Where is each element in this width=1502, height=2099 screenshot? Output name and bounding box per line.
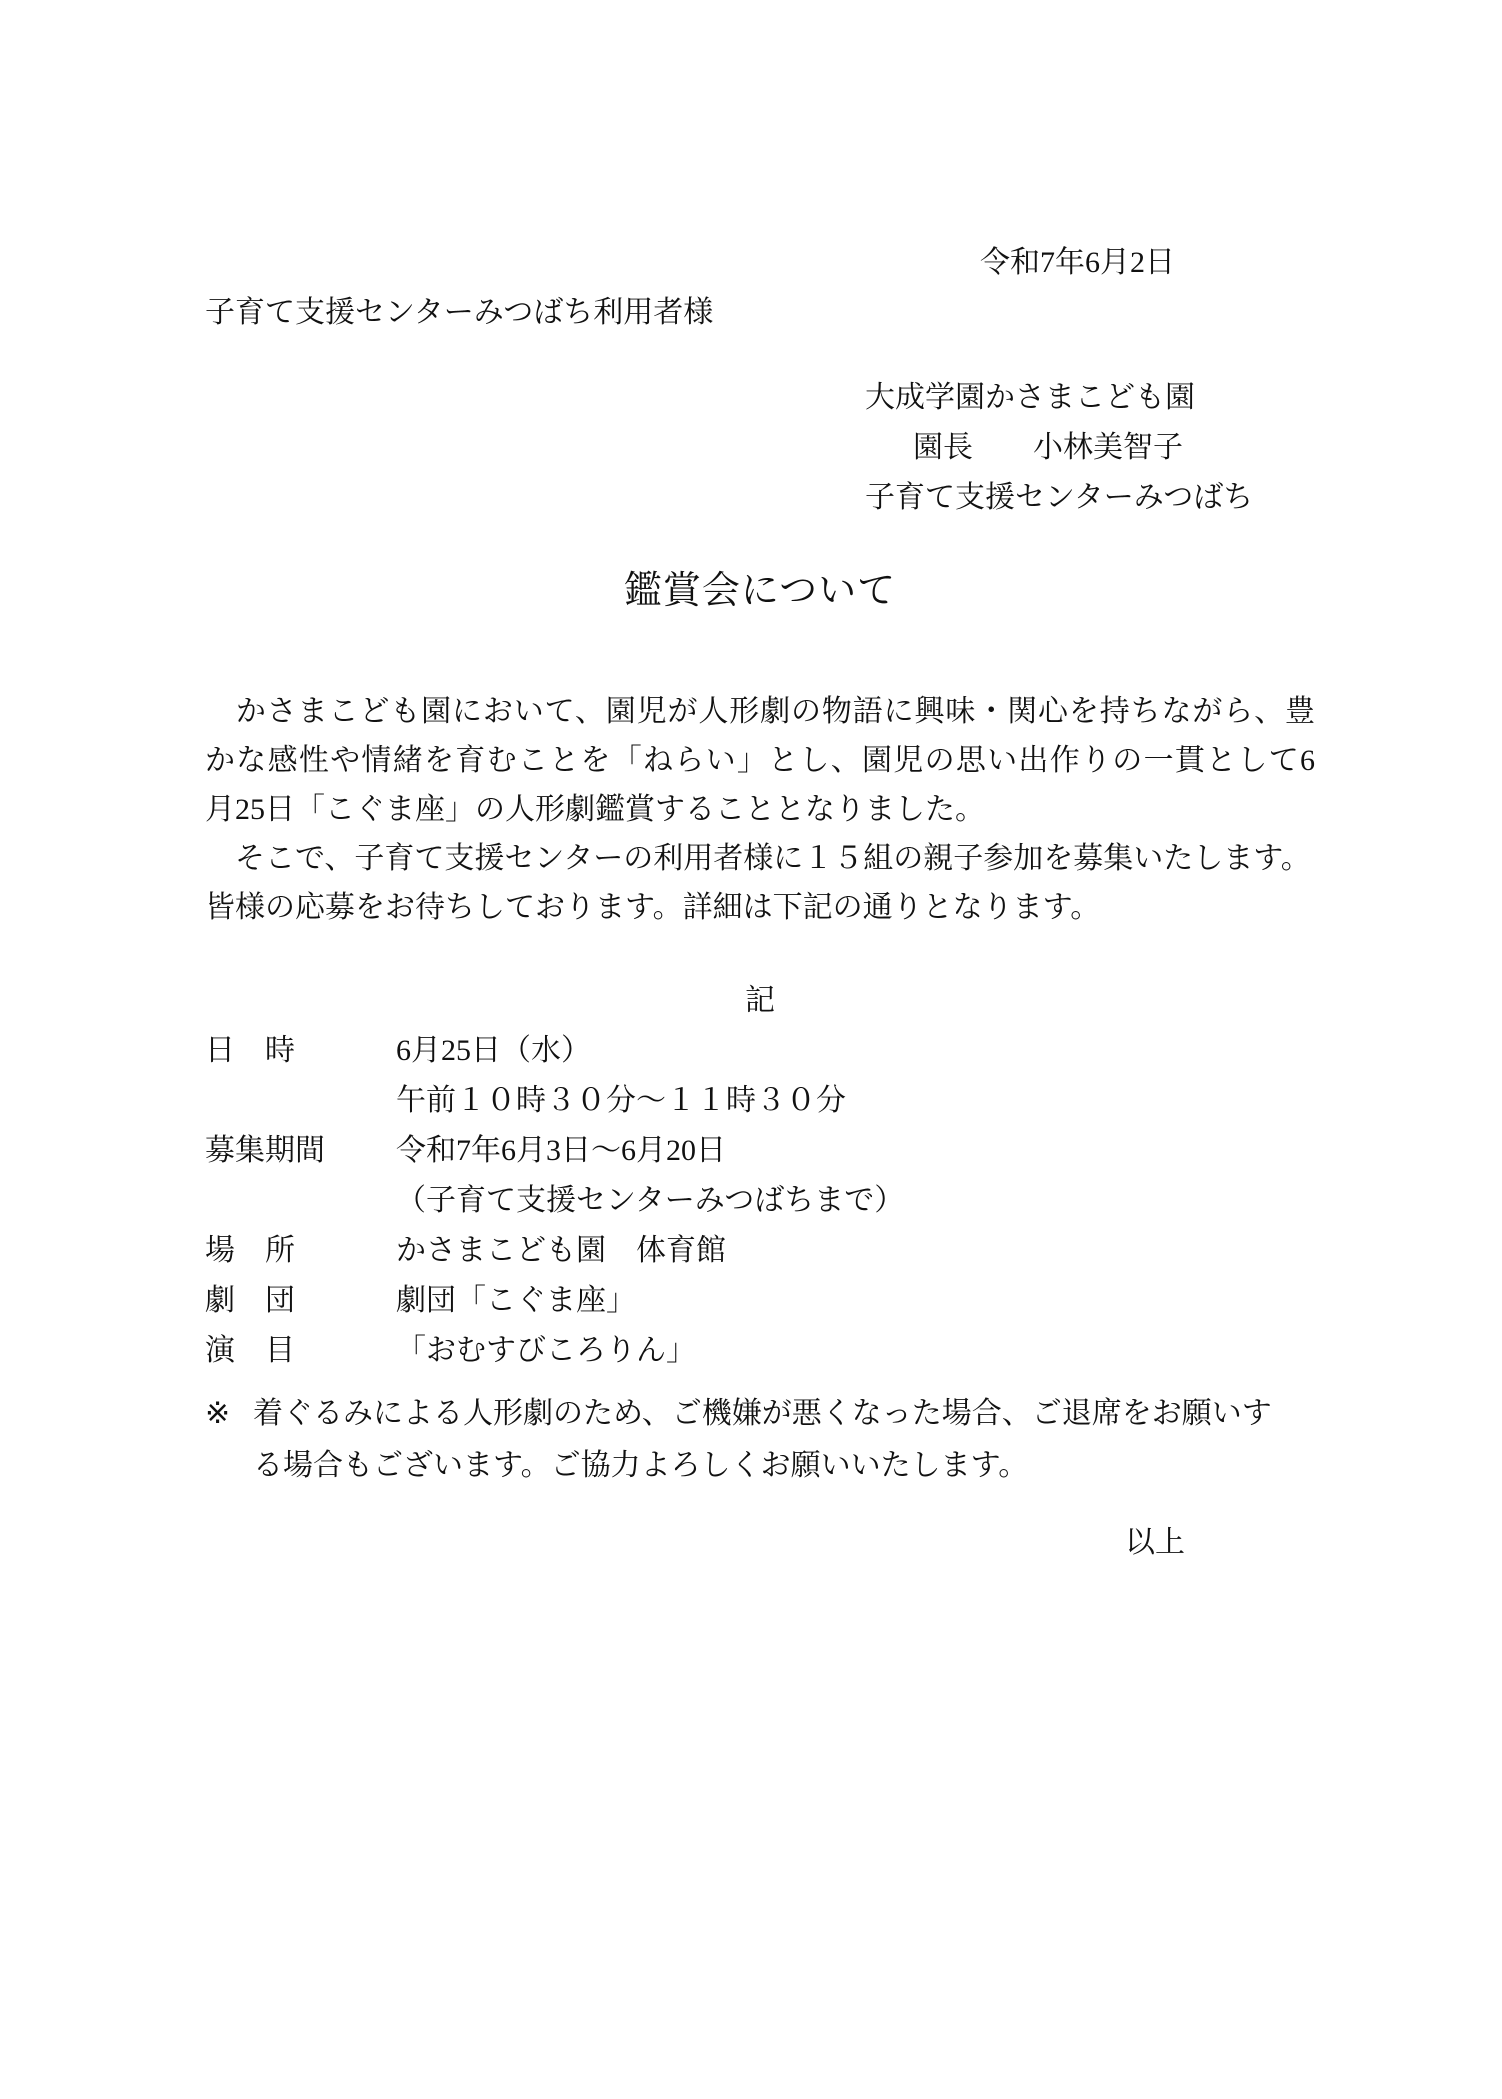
- detail-row-application-place: （子育て支援センターみつばちまで）: [205, 1176, 1315, 1226]
- sender-block: 大成学園かさまこども園 園長 小林美智子 子育て支援センターみつばち: [865, 373, 1315, 523]
- paragraph-line: かさまこども園において、園児が人形劇の物語に興味・関心を持ちながら、豊: [205, 687, 1315, 736]
- detail-value: 令和7年6月3日～6月20日: [396, 1126, 1315, 1176]
- detail-label: 場 所: [205, 1226, 396, 1276]
- sender-director: 園長 小林美智子: [865, 423, 1315, 473]
- detail-label: 演 目: [205, 1326, 396, 1376]
- paragraph-2: そこで、子育て支援センターの利用者様に１５組の親子参加を募集いたします。 皆様の…: [205, 834, 1315, 932]
- detail-value: 「おむすびころりん」: [396, 1326, 1315, 1376]
- detail-value: （子育て支援センターみつばちまで）: [396, 1176, 1315, 1226]
- detail-value: 6月25日（水）: [396, 1026, 1315, 1076]
- recipient: 子育て支援センターみつばち利用者様: [205, 288, 1315, 338]
- paragraph-line: 月25日「こぐま座」の人形劇鑑賞することとなりました。: [205, 785, 1315, 834]
- detail-row-place: 場 所 かさまこども園 体育館: [205, 1226, 1315, 1276]
- detail-label: 日 時: [205, 1026, 396, 1076]
- sender-center: 子育て支援センターみつばち: [865, 473, 1315, 523]
- details-list: 日 時 6月25日（水） 午前１０時３０分～１１時３０分 募集期間 令和7年6月…: [205, 1026, 1315, 1376]
- detail-row-application-period: 募集期間 令和7年6月3日～6月20日: [205, 1126, 1315, 1176]
- note: ※ 着ぐるみによる人形劇のため、ご機嫌が悪くなった場合、ご退席をお願いす る場合…: [205, 1388, 1315, 1492]
- document-page: 令和7年6月2日 子育て支援センターみつばち利用者様 大成学園かさまこども園 園…: [0, 0, 1502, 2099]
- detail-value: 劇団「こぐま座」: [396, 1276, 1315, 1326]
- detail-row-datetime: 日 時 6月25日（水）: [205, 1026, 1315, 1076]
- paragraph-line: 皆様の応募をお待ちしております。詳細は下記の通りとなります。: [205, 883, 1315, 932]
- detail-value: かさまこども園 体育館: [396, 1226, 1315, 1276]
- detail-row-troupe: 劇 団 劇団「こぐま座」: [205, 1276, 1315, 1326]
- body-paragraphs: かさまこども園において、園児が人形劇の物語に興味・関心を持ちながら、豊 かな感性…: [205, 687, 1315, 932]
- document-content: 令和7年6月2日 子育て支援センターみつばち利用者様 大成学園かさまこども園 園…: [205, 238, 1315, 1568]
- paragraph-line: かな感性や情緒を育むことを「ねらい」とし、園児の思い出作りの一貫として6: [205, 736, 1315, 785]
- paragraph-1: かさまこども園において、園児が人形劇の物語に興味・関心を持ちながら、豊 かな感性…: [205, 687, 1315, 834]
- note-line: 着ぐるみによる人形劇のため、ご機嫌が悪くなった場合、ご退席をお願いす: [253, 1388, 1315, 1440]
- detail-label: [205, 1176, 396, 1226]
- document-date: 令和7年6月2日: [205, 238, 1315, 288]
- page-title: 鑑賞会について: [205, 563, 1315, 619]
- detail-value: 午前１０時３０分～１１時３０分: [396, 1076, 1315, 1126]
- paragraph-line: そこで、子育て支援センターの利用者様に１５組の親子参加を募集いたします。: [205, 834, 1315, 883]
- note-line: る場合もございます。ご協力よろしくお願いいたします。: [253, 1440, 1315, 1492]
- sender-organization: 大成学園かさまこども園: [865, 373, 1315, 423]
- closing: 以上: [205, 1518, 1315, 1568]
- detail-label: [205, 1076, 396, 1126]
- detail-label: 劇 団: [205, 1276, 396, 1326]
- detail-label: 募集期間: [205, 1126, 396, 1176]
- note-marker: ※: [205, 1388, 230, 1440]
- detail-row-time: 午前１０時３０分～１１時３０分: [205, 1076, 1315, 1126]
- record-marker: 記: [205, 976, 1315, 1026]
- detail-row-program: 演 目 「おむすびころりん」: [205, 1326, 1315, 1376]
